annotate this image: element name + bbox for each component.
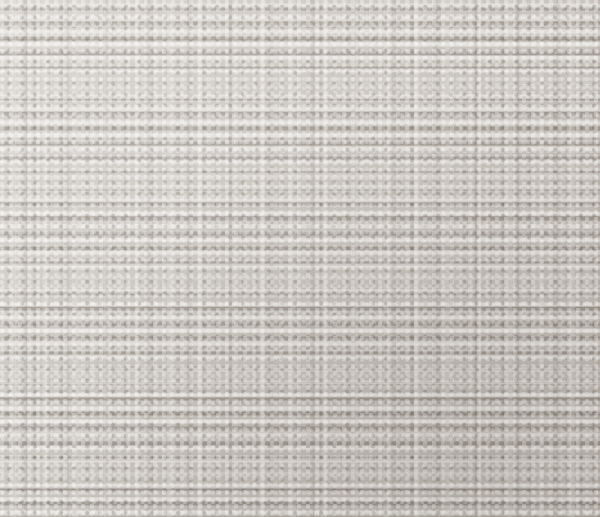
lighting	[0, 0, 600, 517]
rug-texture-photo	[0, 0, 600, 517]
